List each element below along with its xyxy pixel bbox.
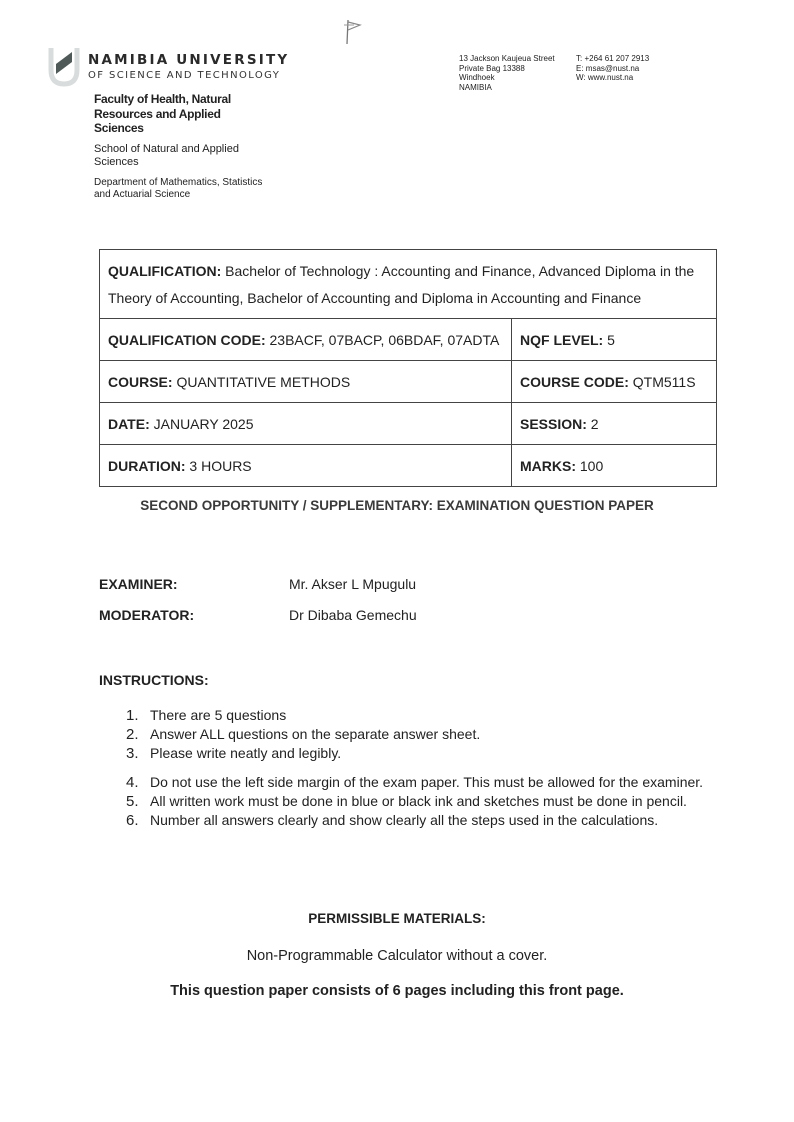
page-count-note: This question paper consists of 6 pages …: [0, 983, 794, 999]
item-text: Do not use the left side margin of the e…: [150, 773, 703, 792]
item-number: 1.: [126, 706, 150, 725]
contact-block: T: +264 61 207 2913 E: msas@nust.na W: w…: [576, 54, 649, 83]
course-code-value: QTM511S: [629, 374, 696, 390]
marks-cell: MARKS: 100: [512, 445, 717, 487]
contact-phone: T: +264 61 207 2913: [576, 54, 649, 64]
address-line: Private Bag 13388: [459, 64, 555, 74]
address-line: NAMIBIA: [459, 83, 555, 93]
nqf-level-value: 5: [603, 332, 615, 348]
table-row: COURSE: QUANTITATIVE METHODS COURSE CODE…: [100, 361, 717, 403]
session-cell: SESSION: 2: [512, 403, 717, 445]
item-text: There are 5 questions: [150, 706, 286, 725]
contact-email: E: msas@nust.na: [576, 64, 649, 74]
item-text: Number all answers clearly and show clea…: [150, 811, 658, 830]
session-value: 2: [587, 416, 599, 432]
marks-value: 100: [576, 458, 603, 474]
moderator-value: Dr Dibaba Gemechu: [289, 607, 417, 623]
nqf-level-cell: NQF LEVEL: 5: [512, 319, 717, 361]
qualification-label: QUALIFICATION:: [108, 263, 221, 279]
list-item: 1.There are 5 questions: [126, 706, 706, 725]
list-item: 3.Please write neatly and legibly.: [126, 744, 706, 763]
item-number: 6.: [126, 811, 150, 830]
contact-website: W: www.nust.na: [576, 73, 649, 83]
permissible-materials-value: Non-Programmable Calculator without a co…: [0, 948, 794, 964]
university-logo-icon: [48, 44, 80, 88]
moderator-label: MODERATOR:: [99, 607, 194, 623]
item-text: Answer ALL questions on the separate ans…: [150, 725, 480, 744]
list-item: 5.All written work must be done in blue …: [126, 792, 706, 811]
handwritten-initial-mark: [340, 16, 364, 46]
qualification-code-value: 23BACF, 07BACP, 06BDAF, 07ADTA: [266, 332, 500, 348]
item-number: 5.: [126, 792, 150, 811]
address-line: 13 Jackson Kaujeua Street: [459, 54, 555, 64]
school-name: School of Natural and Applied Sciences: [94, 143, 264, 168]
duration-value: 3 HOURS: [186, 458, 252, 474]
instructions-list: 1.There are 5 questions 2.Answer ALL que…: [126, 706, 706, 830]
qualification-code-label: QUALIFICATION CODE:: [108, 332, 266, 348]
list-item: 6.Number all answers clearly and show cl…: [126, 811, 706, 830]
item-number: 3.: [126, 744, 150, 763]
marks-label: MARKS:: [520, 458, 576, 474]
table-row: DURATION: 3 HOURS MARKS: 100: [100, 445, 717, 487]
item-number: 4.: [126, 773, 150, 792]
date-value: JANUARY 2025: [150, 416, 254, 432]
course-value: QUANTITATIVE METHODS: [173, 374, 351, 390]
item-number: 2.: [126, 725, 150, 744]
qualification-row: QUALIFICATION: Bachelor of Technology : …: [100, 250, 717, 319]
qualification-code-cell: QUALIFICATION CODE: 23BACF, 07BACP, 06BD…: [100, 319, 512, 361]
item-text: Please write neatly and legibly.: [150, 744, 341, 763]
table-row: DATE: JANUARY 2025 SESSION: 2: [100, 403, 717, 445]
duration-cell: DURATION: 3 HOURS: [100, 445, 512, 487]
duration-label: DURATION:: [108, 458, 186, 474]
faculty-name: Faculty of Health, Natural Resources and…: [94, 92, 254, 136]
exam-title: SECOND OPPORTUNITY / SUPPLEMENTARY: EXAM…: [0, 498, 794, 513]
course-code-cell: COURSE CODE: QTM511S: [512, 361, 717, 403]
examiner-value: Mr. Akser L Mpugulu: [289, 576, 416, 592]
item-text: All written work must be done in blue or…: [150, 792, 687, 811]
course-code-label: COURSE CODE:: [520, 374, 629, 390]
list-item: 2.Answer ALL questions on the separate a…: [126, 725, 706, 744]
list-item: 4.Do not use the left side margin of the…: [126, 773, 706, 792]
session-label: SESSION:: [520, 416, 587, 432]
university-name: NAMIBIA UNIVERSITY: [88, 52, 289, 68]
department-name: Department of Mathematics, Statistics an…: [94, 177, 264, 201]
course-label: COURSE:: [108, 374, 173, 390]
exam-info-table: QUALIFICATION: Bachelor of Technology : …: [99, 249, 717, 487]
address-line: Windhoek: [459, 73, 555, 83]
date-label: DATE:: [108, 416, 150, 432]
permissible-materials-heading: PERMISSIBLE MATERIALS:: [0, 911, 794, 926]
qualification-cell: QUALIFICATION: Bachelor of Technology : …: [100, 250, 717, 319]
table-row: QUALIFICATION CODE: 23BACF, 07BACP, 06BD…: [100, 319, 717, 361]
address-block: 13 Jackson Kaujeua Street Private Bag 13…: [459, 54, 555, 92]
university-subtitle: OF SCIENCE AND TECHNOLOGY: [88, 70, 280, 81]
examiner-label: EXAMINER:: [99, 576, 178, 592]
nqf-level-label: NQF LEVEL:: [520, 332, 603, 348]
instructions-heading: INSTRUCTIONS:: [99, 672, 209, 688]
course-cell: COURSE: QUANTITATIVE METHODS: [100, 361, 512, 403]
date-cell: DATE: JANUARY 2025: [100, 403, 512, 445]
